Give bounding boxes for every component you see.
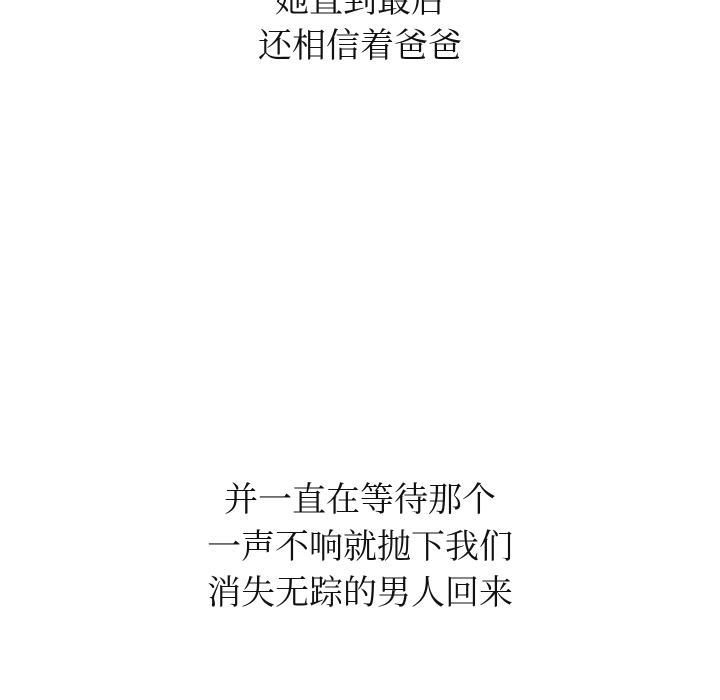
- caption-line: 并一直在等待那个: [0, 477, 720, 523]
- caption-line: 还相信着爸爸: [0, 23, 720, 69]
- caption-line: 一声不响就抛下我们: [0, 524, 720, 570]
- caption-line: 消失无踪的男人回来: [0, 570, 720, 616]
- caption-line: 她直到最后: [0, 0, 720, 24]
